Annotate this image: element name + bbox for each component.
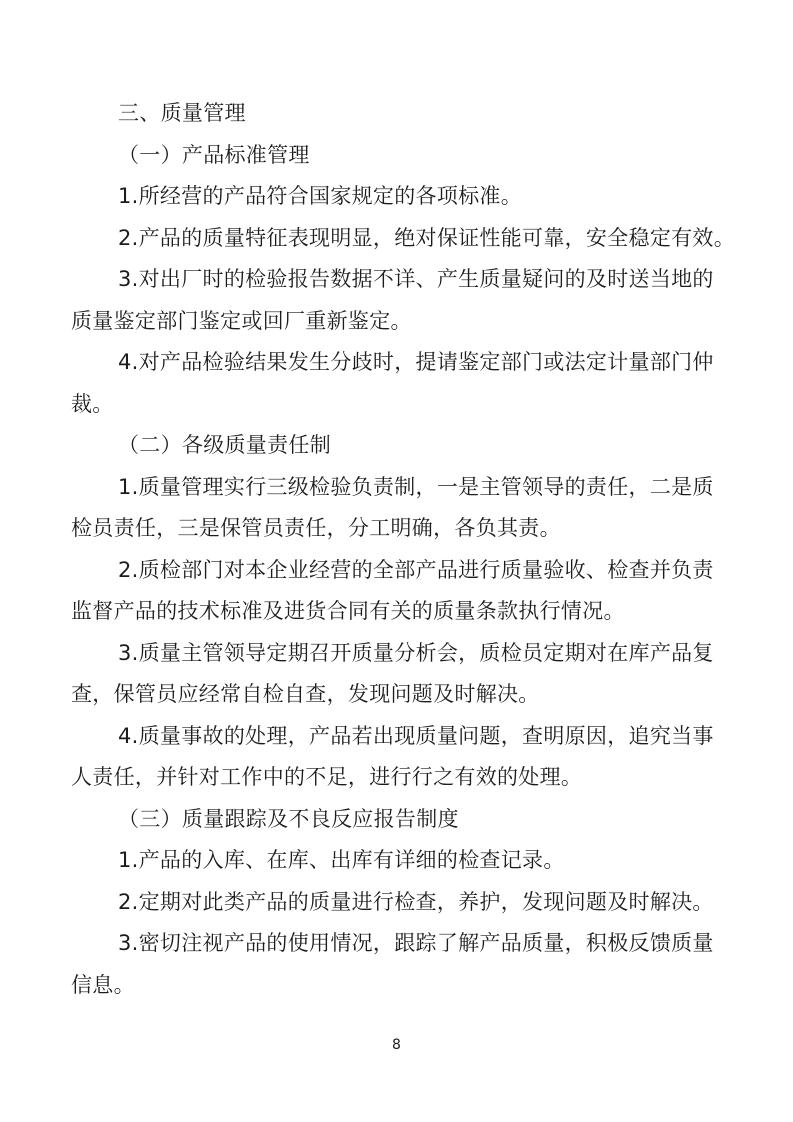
text-line: （三）质量跟踪及不良反应报告制度 <box>71 799 739 841</box>
text-line: 质量鉴定部门鉴定或回厂重新鉴定。 <box>71 301 739 343</box>
text-line: 人责任，并针对工作中的不足，进行行之有效的处理。 <box>71 757 739 799</box>
text-line: （二）各级质量责任制 <box>71 425 739 467</box>
text-line: 3.对出厂时的检验报告数据不详、产生质量疑问的及时送当地的 <box>71 259 739 301</box>
text-line: （一）产品标准管理 <box>71 135 739 177</box>
text-line: 2.产品的质量特征表现明显，绝对保证性能可靠，安全稳定有效。 <box>71 218 739 260</box>
text-line: 三、质量管理 <box>71 93 739 135</box>
page-number: 8 <box>0 1036 793 1054</box>
text-line: 监督产品的技术标准及进货合同有关的质量条款执行情况。 <box>71 591 739 633</box>
text-line: 1.产品的入库、在库、出库有详细的检查记录。 <box>71 840 739 882</box>
text-line: 裁。 <box>71 384 739 426</box>
text-line: 3.密切注视产品的使用情况，跟踪了解产品质量，积极反馈质量 <box>71 923 739 965</box>
text-line: 2.质检部门对本企业经营的全部产品进行质量验收、检查并负责 <box>71 550 739 592</box>
text-line: 信息。 <box>71 965 739 1007</box>
document-body: 三、质量管理（一）产品标准管理1.所经营的产品符合国家规定的各项标准。2.产品的… <box>71 93 739 1006</box>
text-line: 1.质量管理实行三级检验负责制，一是主管领导的责任，二是质 <box>71 467 739 509</box>
text-line: 查，保管员应经常自检自查，发现问题及时解决。 <box>71 674 739 716</box>
text-line: 2.定期对此类产品的质量进行检查，养护，发现问题及时解决。 <box>71 882 739 924</box>
text-line: 3.质量主管领导定期召开质量分析会，质检员定期对在库产品复 <box>71 633 739 675</box>
document-page: 三、质量管理（一）产品标准管理1.所经营的产品符合国家规定的各项标准。2.产品的… <box>0 0 793 1122</box>
text-line: 4.对产品检验结果发生分歧时，提请鉴定部门或法定计量部门仲 <box>71 342 739 384</box>
text-line: 4.质量事故的处理，产品若出现质量问题，查明原因，追究当事 <box>71 716 739 758</box>
text-line: 1.所经营的产品符合国家规定的各项标准。 <box>71 176 739 218</box>
text-line: 检员责任，三是保管员责任，分工明确，各负其责。 <box>71 508 739 550</box>
